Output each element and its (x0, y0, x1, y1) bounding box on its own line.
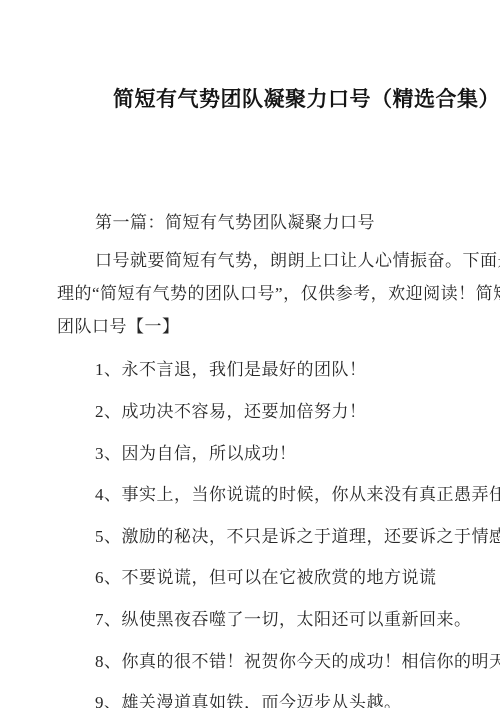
slogan-item: 8、你真的很不错！祝贺你今天的成功！相信你的明天会 (95, 652, 500, 672)
section-heading: 第一篇：简短有气势团队凝聚力口号 (95, 213, 375, 233)
slogan-item: 1、永不言退，我们是最好的团队！ (95, 360, 367, 380)
slogan-item: 3、因为自信，所以成功！ (95, 444, 297, 464)
slogan-item: 9、雄关漫道真如铁，而今迈步从头越。 (95, 693, 402, 708)
document-page: 简短有气势团队凝聚力口号（精选合集） 第一篇：简短有气势团队凝聚力口号 口号就要… (0, 0, 500, 708)
slogan-item: 7、纵使黑夜吞噬了一切，太阳还可以重新回来。 (95, 610, 472, 630)
intro-paragraph-line: 团队口号【一】 (57, 317, 180, 337)
intro-paragraph-line: 口号就要简短有气势，朗朗上口让人心情振奋。下面是 (95, 251, 500, 271)
document-title: 简短有气势团队凝聚力口号（精选合集） (113, 88, 500, 112)
slogan-item: 4、事实上，当你说谎的时候，你从来没有真正愚弄任何 (95, 485, 500, 505)
intro-paragraph-line: 理的“简短有气势的团队口号”，仅供参考，欢迎阅读！简短 (57, 284, 500, 304)
slogan-item: 6、不要说谎，但可以在它被欣赏的地方说谎 (95, 568, 437, 588)
slogan-item: 2、成功决不容易，还要加倍努力！ (95, 402, 367, 422)
slogan-item: 5、激励的秘决，不只是诉之于道理，还要诉之于情感。 (95, 527, 500, 547)
